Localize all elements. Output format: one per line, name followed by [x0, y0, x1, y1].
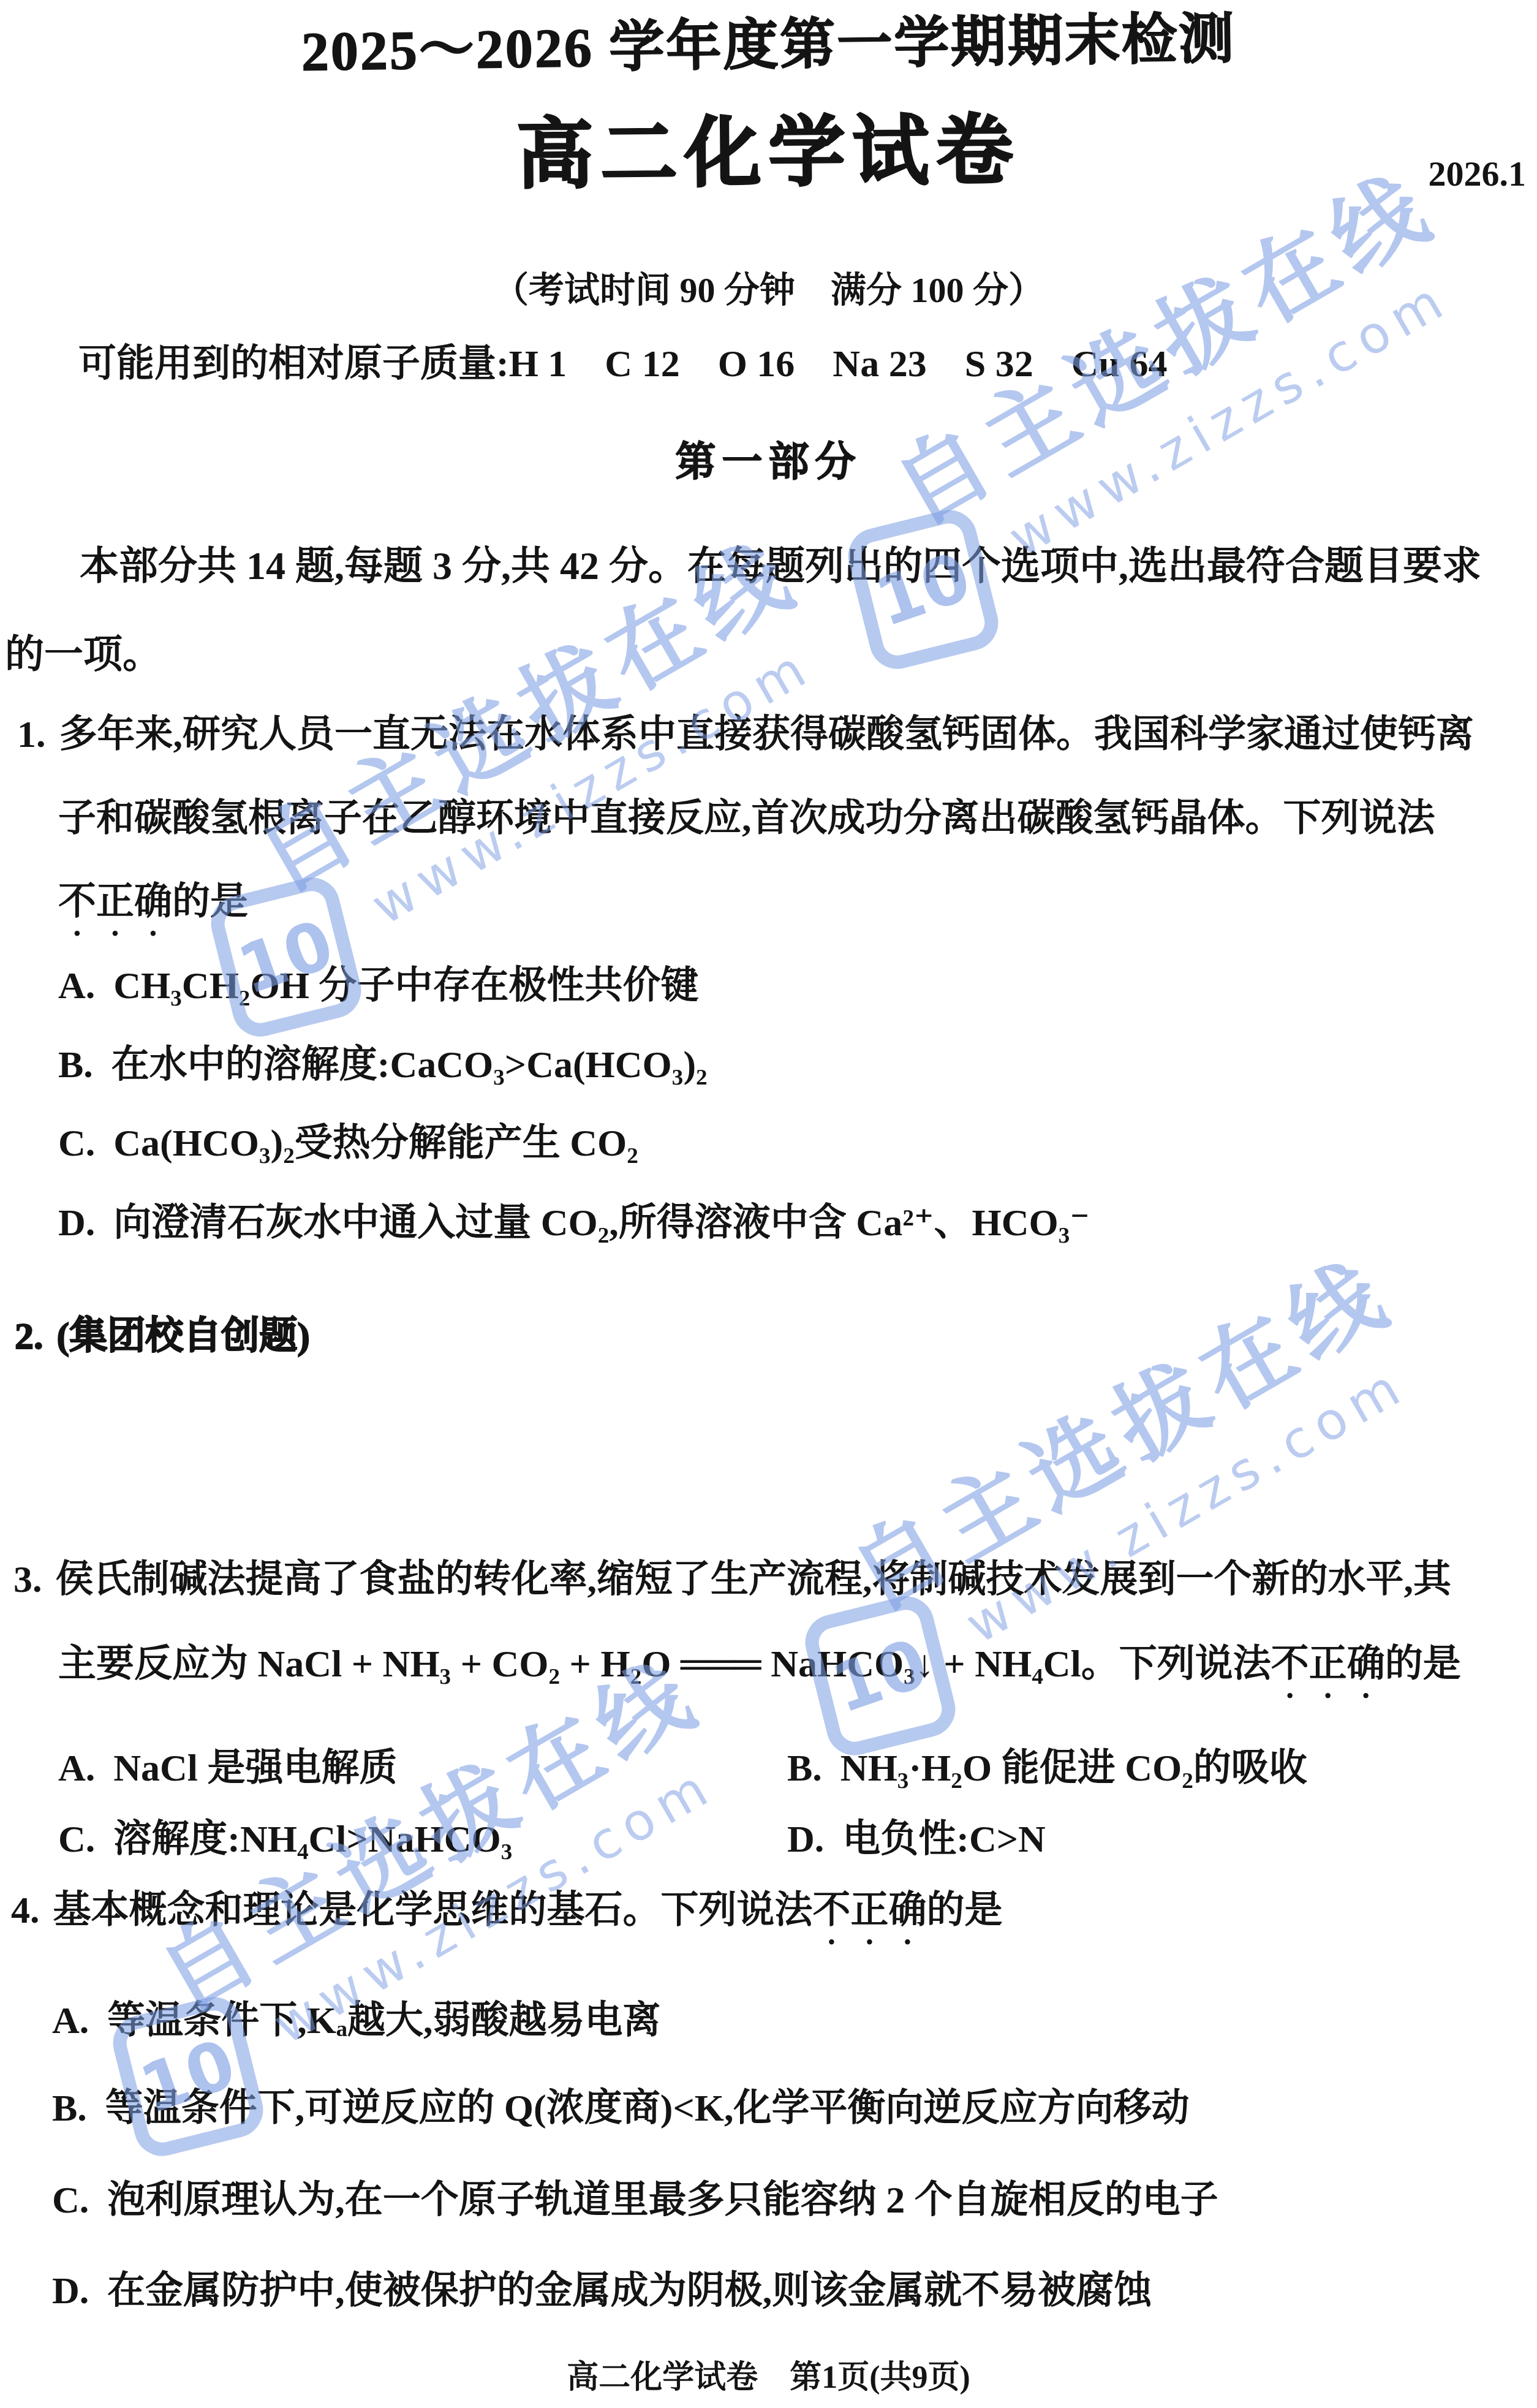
q3-option-c: C.溶解度:NH₄Cl>NaHCO₃ — [58, 1817, 512, 1862]
stem-text: 侯氏制碱法提高了食盐的转化率,缩短了生产流程,将制碱技术发展到一个新的水平,其 — [56, 1559, 1452, 1600]
question-number: 4. — [11, 1890, 40, 1931]
option-text: NaCl 是强电解质 — [113, 1747, 397, 1789]
zizzs-logo-icon: 10 — [842, 504, 1004, 675]
stem-text: 的是 — [1385, 1643, 1461, 1685]
q1-stem-line-2: 子和碳酸氢根离子在乙醇环境中直接反应,首次成功分离出碳酸氢钙晶体。下列说法 — [58, 797, 1435, 841]
q3-option-a: A.NaCl 是强电解质 — [58, 1746, 398, 1791]
question-number: 2. — [15, 1316, 43, 1357]
option-text: 溶解度:NH₄Cl>NaHCO₃ — [113, 1819, 512, 1860]
option-text: 在金属防护中,使被保护的金属成为阴极,则该金属就不易被腐蚀 — [107, 2270, 1152, 2312]
option-label: A. — [58, 965, 95, 1007]
q4-stem: 4.基本概念和理论是化学思维的基石。下列说法不正确的是 — [11, 1888, 1003, 1953]
paper-title: 高二化学试卷 — [0, 102, 1537, 206]
option-label: C. — [58, 1123, 95, 1164]
stem-text: 的是 — [172, 881, 248, 923]
exam-info: （考试时间 90 分钟 满分 100 分） — [0, 270, 1537, 311]
page-footer: 高二化学试卷 第1页(共9页) — [0, 2359, 1537, 2396]
emphasized-text: 不正确 — [1271, 1643, 1385, 1685]
option-text: 等温条件下,可逆反应的 Q(浓度商)<K,化学平衡向逆反应方向移动 — [105, 2088, 1190, 2129]
instructions-line-1: 本部分共 14 题,每题 3 分,共 42 分。在每题列出的四个选项中,选出最符… — [80, 543, 1481, 589]
option-label: B. — [787, 1747, 822, 1789]
q2-stem: 2.(集团校自创题) — [15, 1314, 310, 1359]
emphasized-text: 不正确 — [58, 881, 172, 923]
stem-text: 的是 — [927, 1890, 1003, 1931]
q1-option-c: C.Ca(HCO₃)₂受热分解能产生 CO₂ — [58, 1121, 638, 1166]
option-label: C. — [52, 2179, 89, 2221]
option-label: A. — [52, 2000, 89, 2042]
exam-session-title: 2025～2026 学年度第一学期期末检测 — [0, 2, 1537, 89]
option-text: 在水中的溶解度:CaCO₃>Ca(HCO₃)₂ — [111, 1044, 708, 1086]
option-label: B. — [52, 2088, 87, 2129]
q1-stem-line-3: 不正确的是 — [58, 880, 248, 944]
q4-option-b: B.等温条件下,可逆反应的 Q(浓度商)<K,化学平衡向逆反应方向移动 — [52, 2086, 1189, 2131]
stem-text: (集团校自创题) — [57, 1316, 310, 1357]
option-label: D. — [52, 2270, 89, 2312]
stem-text: 主要反应为 NaCl + NH₃ + CO₂ + H₂O ═══ NaHCO₃↓… — [58, 1643, 1271, 1685]
option-text: 等温条件下,Kₐ越大,弱酸越易电离 — [107, 2000, 660, 2042]
exam-paper-page: 2025～2026 学年度第一学期期末检测 高二化学试卷 2026.1 （考试时… — [0, 0, 1537, 2408]
option-text: 泡利原理认为,在一个原子轨道里最多只能容纳 2 个自旋相反的电子 — [107, 2179, 1218, 2221]
q1-stem-line-1: 1.多年来,研究人员一直无法在水体系中直接获得碳酸氢钙固体。我国科学家通过使钙离 — [17, 713, 1474, 757]
q3-stem-line-1: 3.侯氏制碱法提高了食盐的转化率,缩短了生产流程,将制碱技术发展到一个新的水平,… — [13, 1558, 1451, 1602]
stem-text: 多年来,研究人员一直无法在水体系中直接获得碳酸氢钙固体。我国科学家通过使钙离 — [59, 714, 1475, 755]
option-text: NH₃·H₂O 能促进 CO₂的吸收 — [840, 1747, 1307, 1789]
q4-option-a: A.等温条件下,Kₐ越大,弱酸越易电离 — [52, 1999, 661, 2043]
q3-option-d: D.电负性:C>N — [787, 1817, 1046, 1862]
section-title: 第一部分 — [0, 439, 1537, 487]
watermark-url: www.zizzs.com — [956, 1338, 1444, 1655]
option-label: D. — [58, 1202, 95, 1244]
exam-date: 2026.1 — [1429, 153, 1527, 195]
atomic-mass-note: 可能用到的相对原子质量:H 1 C 12 O 16 Na 23 S 32 Cu … — [78, 342, 1167, 387]
option-text: CH₃CH₂OH 分子中存在极性共价键 — [113, 965, 698, 1007]
watermark-url: www.zizzs.com — [361, 619, 850, 936]
q1-option-a: A.CH₃CH₂OH 分子中存在极性共价键 — [58, 964, 698, 1009]
option-label: D. — [787, 1819, 824, 1860]
option-label: A. — [58, 1747, 95, 1789]
emphasized-text: 不正确 — [813, 1890, 927, 1931]
q3-stem-line-2: 主要反应为 NaCl + NH₃ + CO₂ + H₂O ═══ NaHCO₃↓… — [58, 1642, 1461, 1706]
stem-text: 基本概念和理论是化学思维的基石。下列说法 — [53, 1890, 813, 1931]
option-text: Ca(HCO₃)₂受热分解能产生 CO₂ — [113, 1123, 638, 1164]
option-label: B. — [58, 1044, 93, 1086]
option-text: 向澄清石灰水中通入过量 CO₂,所得溶液中含 Ca²⁺、HCO₃⁻ — [113, 1202, 1090, 1244]
q4-option-d: D.在金属防护中,使被保护的金属成为阴极,则该金属就不易被腐蚀 — [52, 2269, 1152, 2314]
q1-option-d: D.向澄清石灰水中通入过量 CO₂,所得溶液中含 Ca²⁺、HCO₃⁻ — [58, 1201, 1090, 1246]
question-number: 1. — [17, 714, 46, 755]
option-label: C. — [58, 1819, 95, 1860]
q4-option-c: C.泡利原理认为,在一个原子轨道里最多只能容纳 2 个自旋相反的电子 — [52, 2178, 1218, 2223]
question-number: 3. — [13, 1559, 42, 1600]
option-text: 电负性:C>N — [842, 1819, 1046, 1860]
instructions-line-2: 的一项。 — [5, 631, 162, 678]
q1-option-b: B.在水中的溶解度:CaCO₃>Ca(HCO₃)₂ — [58, 1043, 708, 1088]
q3-option-b: B.NH₃·H₂O 能促进 CO₂的吸收 — [787, 1746, 1307, 1791]
watermark-text: 自主选拔在线 www.zizzs.com — [825, 1222, 1444, 1692]
